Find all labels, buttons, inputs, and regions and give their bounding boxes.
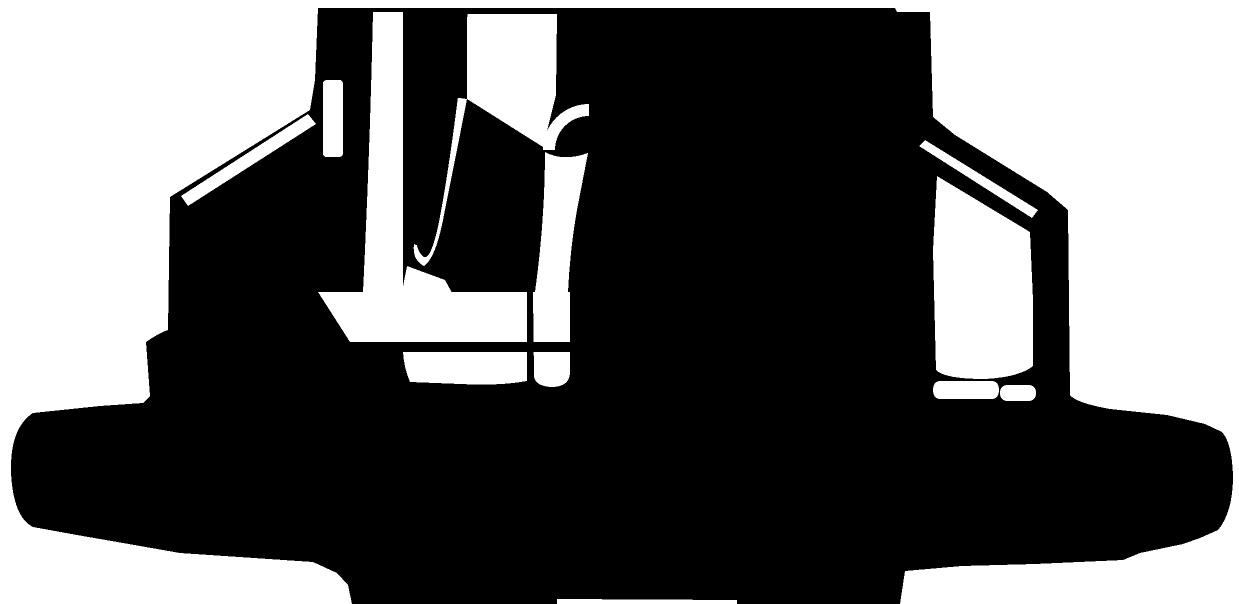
- thresholded-part-photo: [0, 0, 1239, 604]
- main-silhouette: [11, 8, 1233, 604]
- figure-svg: [0, 0, 1239, 604]
- left-edge-slot-highlight: [323, 80, 343, 157]
- window-lower-highlight: [403, 352, 527, 385]
- tongue-divider-line: [404, 12, 410, 242]
- screenshot-canvas: [0, 0, 1239, 604]
- window-upper-highlight: [318, 292, 527, 342]
- flange-pill-highlight-1: [933, 381, 999, 399]
- window-bar: [340, 342, 572, 352]
- window-right-column-highlight: [533, 292, 570, 387]
- flange-pill-highlight-2: [1000, 385, 1036, 401]
